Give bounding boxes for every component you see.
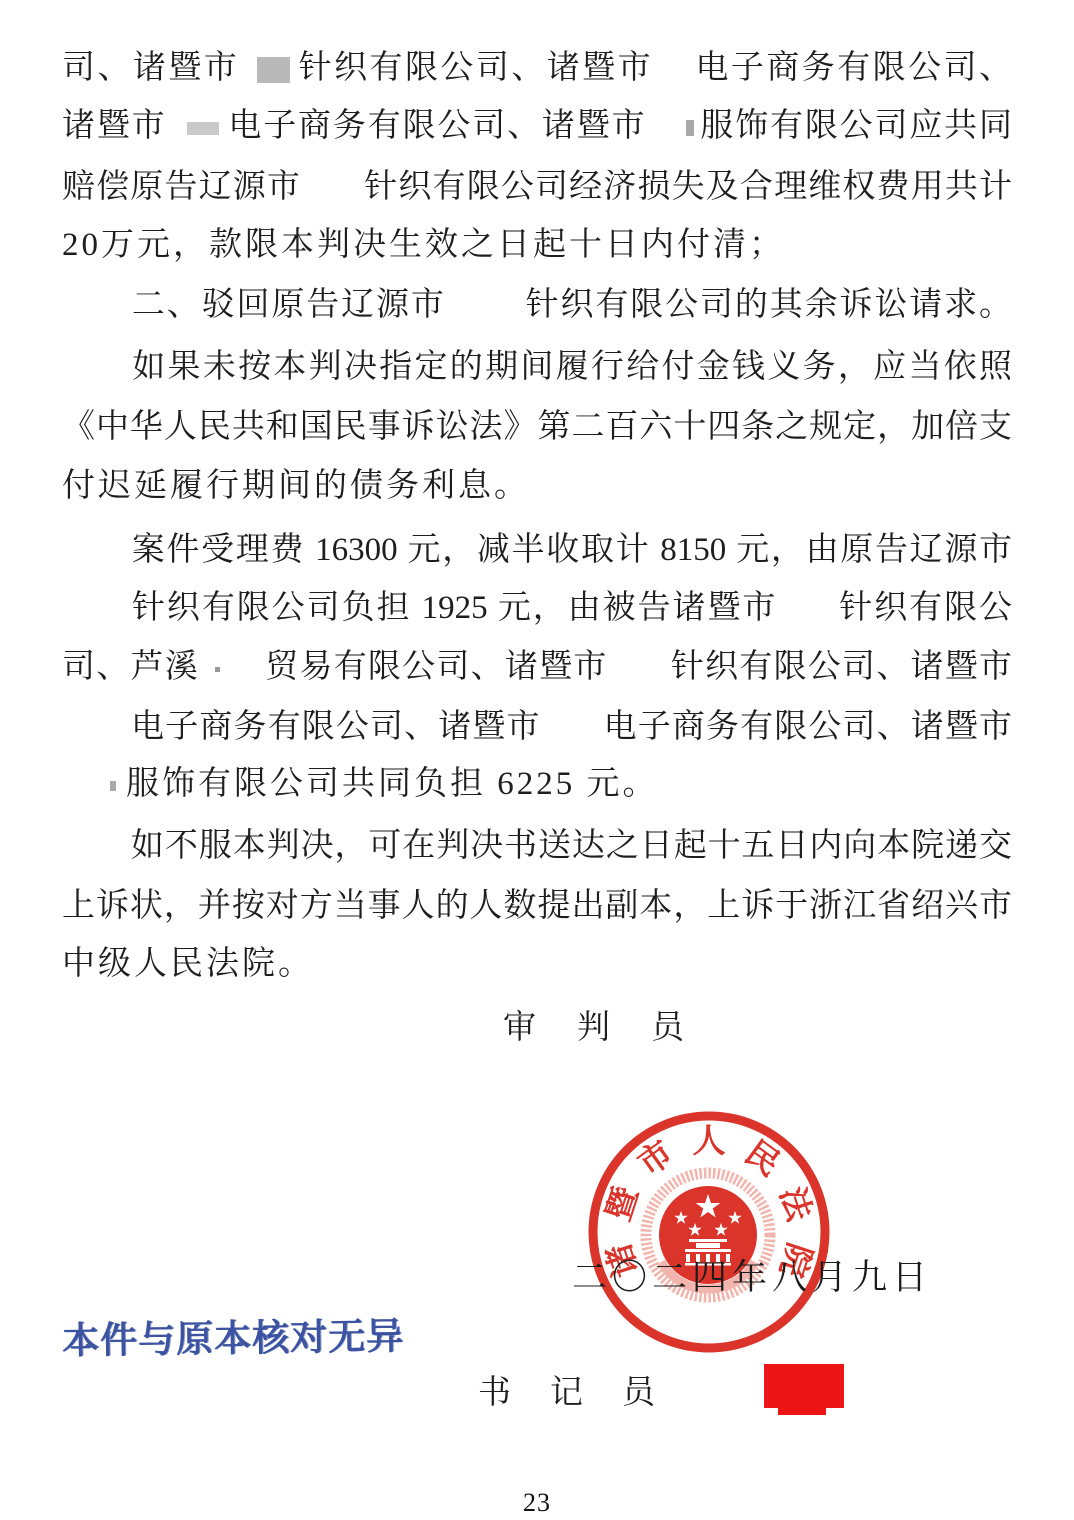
- text-segment: 服饰有限公司共同负担 6225 元。: [126, 766, 659, 802]
- text-segment: 付迟延履行期间的债务利息。: [62, 468, 530, 504]
- red-redaction-box: [764, 1364, 844, 1408]
- text-line: 书记员: [478, 1370, 658, 1416]
- redaction-box: [110, 781, 116, 791]
- text-line: 上诉状，并按对方当事人的人数提出副本，上诉于浙江省绍兴市: [62, 883, 1012, 929]
- text-line: 电子商务有限公司、诸暨市电子商务有限公司、诸暨市: [62, 704, 1012, 750]
- text-segment: 司、芦溪: [62, 649, 199, 685]
- redacted-gap: [608, 675, 670, 677]
- text-line: 如果未按本判决指定的期间履行给付金钱义务，应当依照: [62, 344, 1012, 390]
- judgment-date: 二〇二四年八月九日: [572, 1250, 932, 1300]
- redacted-gap: [239, 76, 257, 78]
- redacted-gap: [541, 735, 603, 737]
- redaction-box: [215, 667, 220, 672]
- redaction-box: [257, 57, 290, 83]
- text-segment: 电子商务有限公司、: [693, 50, 1012, 86]
- text-line: 二、驳回原告辽源市针织有限公司的其余诉讼请求。: [62, 282, 1012, 328]
- redacted-gap: [199, 675, 215, 677]
- red-redaction-box: [778, 1406, 826, 1415]
- text-segment: 服饰有限公司应共同: [698, 108, 1012, 144]
- text-segment: 员: [651, 1010, 687, 1046]
- text-line: 赔偿原告辽源市针织有限公司经济损失及合理维权费用共计: [62, 164, 1012, 210]
- text-segment: 针织有限公司、诸暨市: [296, 50, 653, 86]
- redacted-gap: [62, 313, 130, 315]
- text-segment: 电子商务有限公司、诸暨市: [130, 709, 541, 745]
- redacted-gap: [167, 134, 187, 136]
- redacted-gap: [653, 76, 693, 78]
- court-seal: 诸暨市人民法院: [586, 1107, 832, 1357]
- text-line: 20万元，款限本判决生效之日起十日内付清；: [62, 222, 785, 268]
- seal-char: 暨: [600, 1183, 645, 1226]
- redacted-gap: [62, 558, 130, 560]
- text-line: 司、芦溪贸易有限公司、诸暨市针织有限公司、诸暨市: [62, 644, 1012, 690]
- redaction-box: [187, 122, 219, 135]
- text-line: 司、诸暨市针织有限公司、诸暨市电子商务有限公司、: [62, 45, 1012, 91]
- text-segment: 书: [478, 1375, 514, 1411]
- judgment-page: 司、诸暨市针织有限公司、诸暨市电子商务有限公司、诸暨市电子商务有限公司、诸暨市服…: [0, 0, 1074, 1520]
- redacted-gap: [777, 616, 837, 618]
- text-segment: 贸易有限公司、诸暨市: [264, 649, 608, 685]
- text-segment: 针织有限公: [837, 590, 1012, 626]
- redaction-box: [686, 120, 694, 136]
- redacted-gap: [646, 134, 686, 136]
- redacted-gap: [613, 1036, 651, 1038]
- text-segment: 电子商务有限公司、诸暨市: [603, 709, 1012, 745]
- redacted-gap: [62, 375, 130, 377]
- redacted-gap: [219, 134, 227, 136]
- text-segment: 司、诸暨市: [62, 50, 239, 86]
- text-line: 付迟延履行期间的债务利息。: [62, 463, 530, 509]
- text-line: 中级人民法院。: [62, 941, 314, 987]
- redacted-gap: [62, 854, 130, 856]
- redacted-gap: [62, 616, 130, 618]
- text-segment: 二、驳回原告辽源市: [130, 287, 446, 323]
- redacted-gap: [220, 675, 264, 677]
- text-segment: 审: [503, 1010, 539, 1046]
- text-line: 审判员: [503, 1005, 687, 1051]
- seal-char: 人: [693, 1124, 726, 1160]
- text-segment: 针织有限公司、诸暨市: [670, 649, 1012, 685]
- text-segment: 记: [550, 1375, 586, 1411]
- redacted-gap: [586, 1401, 622, 1403]
- text-segment: 针织有限公司经济损失及合理维权费用共计: [363, 169, 1012, 205]
- redacted-gap: [514, 1401, 550, 1403]
- text-segment: 判: [577, 1010, 613, 1046]
- verification-stamp: 本件与原本核对无异: [62, 1306, 405, 1365]
- redacted-gap: [116, 792, 126, 794]
- text-segment: 如果未按本判决指定的期间履行给付金钱义务，应当依照: [130, 349, 1012, 385]
- redacted-gap: [301, 195, 363, 197]
- redacted-gap: [62, 792, 110, 794]
- text-segment: 赔偿原告辽源市: [62, 169, 301, 205]
- text-line: 案件受理费 16300 元，减半收取计 8150 元，由原告辽源市: [62, 527, 1012, 573]
- redacted-gap: [446, 313, 524, 315]
- text-line: 诸暨市电子商务有限公司、诸暨市服饰有限公司应共同: [62, 103, 1012, 149]
- text-line: 针织有限公司负担 1925 元，由被告诸暨市针织有限公: [62, 585, 1012, 631]
- text-segment: 诸暨市: [62, 108, 167, 144]
- text-segment: 《中华人民共和国民事诉讼法》第二百六十四条之规定，加倍支: [62, 409, 1012, 445]
- text-segment: 针织有限公司负担 1925 元，由被告诸暨市: [130, 590, 777, 626]
- text-segment: 中级人民法院。: [62, 946, 314, 982]
- text-segment: 如不服本判决，可在判决书送达之日起十五日内向本院递交: [130, 828, 1012, 864]
- redacted-gap: [62, 735, 130, 737]
- text-segment: 针织有限公司的其余诉讼请求。: [524, 287, 1012, 323]
- text-segment: 电子商务有限公司、诸暨市: [227, 108, 647, 144]
- text-segment: 上诉状，并按对方当事人的人数提出副本，上诉于浙江省绍兴市: [62, 888, 1012, 924]
- text-line: 服饰有限公司共同负担 6225 元。: [62, 761, 659, 807]
- text-segment: 20万元，款限本判决生效之日起十日内付清；: [62, 227, 785, 263]
- seal-char: 法: [772, 1183, 818, 1227]
- text-line: 如不服本判决，可在判决书送达之日起十五日内向本院递交: [62, 823, 1012, 869]
- text-line: 《中华人民共和国民事诉讼法》第二百六十四条之规定，加倍支: [62, 404, 1012, 450]
- page-number: 23: [0, 1488, 1074, 1518]
- text-segment: 案件受理费 16300 元，减半收取计 8150 元，由原告辽源市: [130, 532, 1012, 568]
- text-segment: 员: [622, 1375, 658, 1411]
- redacted-gap: [539, 1036, 577, 1038]
